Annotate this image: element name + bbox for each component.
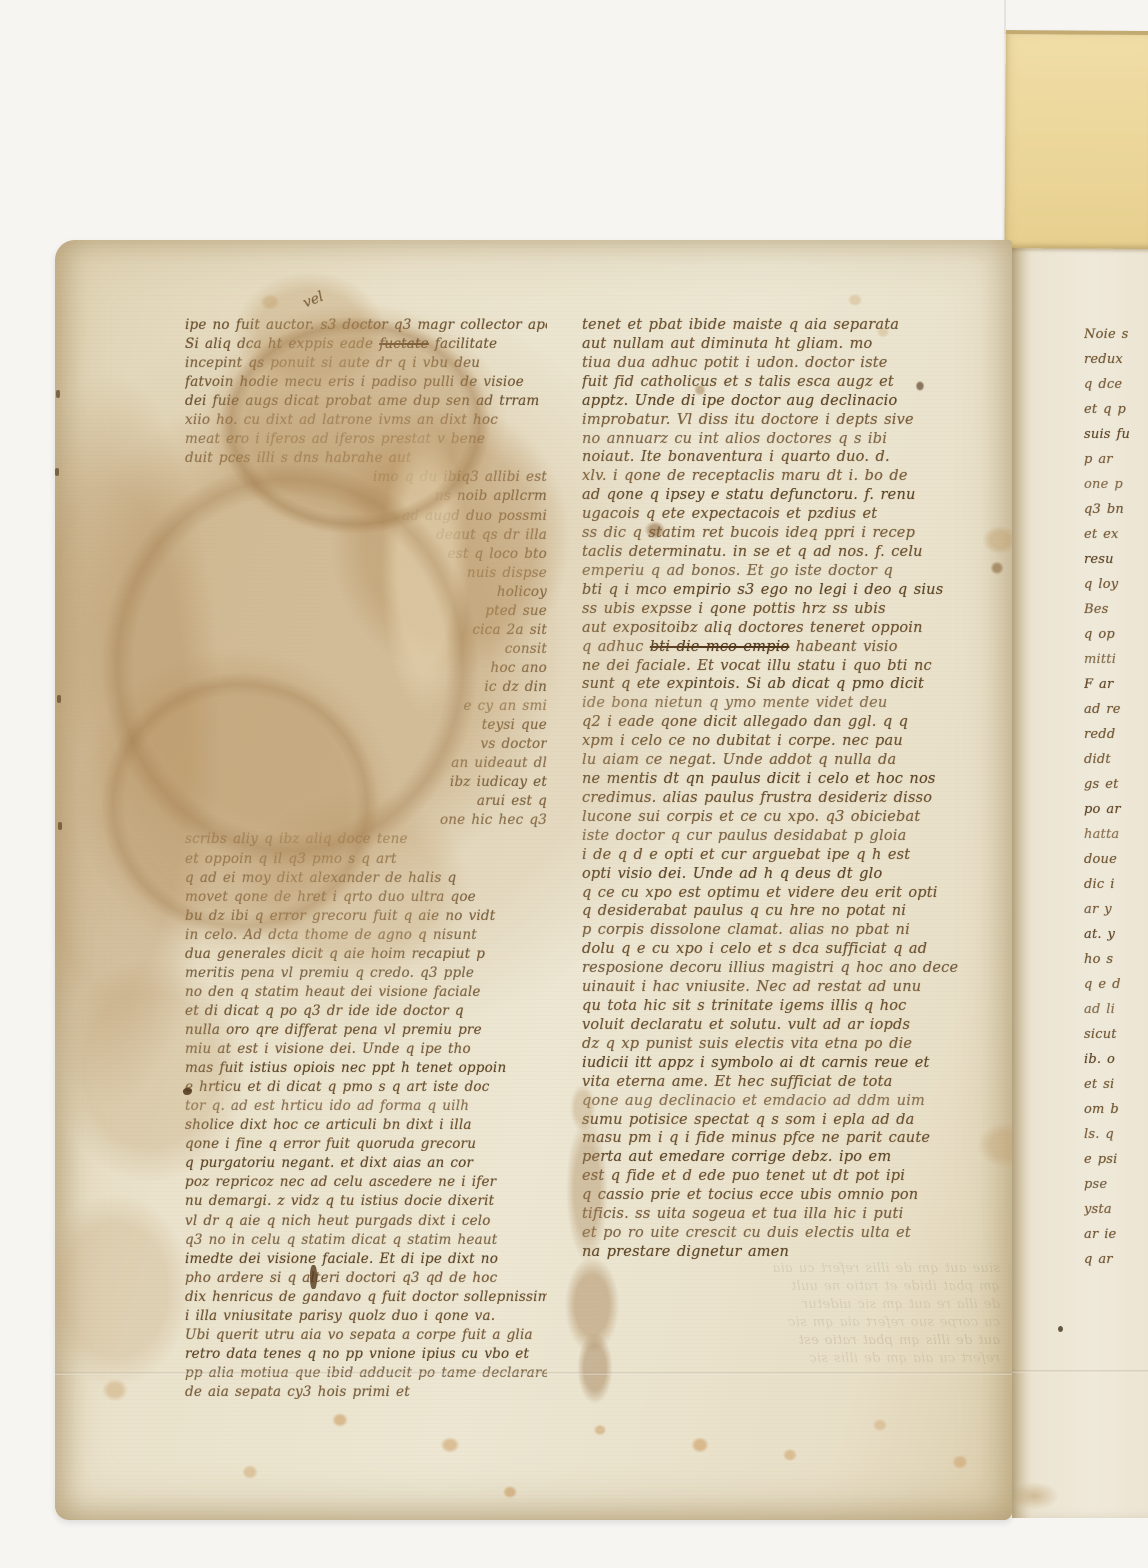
page-edge-speck xyxy=(58,822,62,830)
next-folio-edge: Noie sreduxq dceet q psuis fup arone pq3… xyxy=(1012,238,1148,1518)
manuscript-line: fatvoin hodie mecu eris i padiso pulli d… xyxy=(185,375,547,389)
manuscript-line: movet qone de hret i qrto duo ultra qoe xyxy=(185,890,547,904)
manuscript-line: scribs aliy q ibz aliq doce tene xyxy=(185,832,547,846)
next-folio-line-fragment: ho s xyxy=(1084,953,1148,967)
folio-seam-line xyxy=(1004,0,1006,34)
next-folio-line-fragment: didt xyxy=(1084,753,1148,767)
manuscript-line: bu dz ibi q error grecoru fuit q aie no … xyxy=(185,909,547,923)
next-folio-line-fragment: hatta xyxy=(1084,828,1148,842)
manuscript-line: q ad ei moy dixt alexander de halis q xyxy=(185,871,547,885)
manuscript-line: pted sue xyxy=(185,604,547,618)
manuscript-line: nuis dispse xyxy=(185,566,547,580)
next-folio-line-fragment: po ar xyxy=(1084,803,1148,817)
manuscript-line: ibz iudicay et xyxy=(185,775,547,789)
manuscript-line: dua generales dicit q aie hoim recapiut … xyxy=(185,947,547,961)
crease-line xyxy=(1012,1370,1148,1373)
manuscript-line: qone i fine q error fuit quoruda grecoru xyxy=(185,1137,547,1151)
manuscript-line: e cy an smi xyxy=(185,699,547,713)
manuscript-line: deaut qs dr illa xyxy=(185,528,547,542)
next-folio-line-fragment: suis fu xyxy=(1084,428,1148,442)
show-through-line: qm pbat ibide et ratio ne uult xyxy=(600,1280,1000,1294)
yellow-guard-sheet xyxy=(1004,30,1148,249)
next-folio-line-fragment: ysta xyxy=(1084,1203,1148,1217)
manuscript-line: meritis pena vl premiu q credo. q3 pple xyxy=(185,966,547,980)
manuscript-line: et oppoin q il q3 pmo s q art xyxy=(185,852,547,866)
manuscript-line: vs doctor xyxy=(185,737,547,751)
next-folio-line-fragment: gs et xyxy=(1084,778,1148,792)
manuscript-line: arui est q xyxy=(185,794,547,808)
manuscript-line: i illa vniusitate parisy quolz duo i qon… xyxy=(185,1309,547,1323)
manuscript-line: dix henricus de gandavo q fuit doctor so… xyxy=(185,1290,547,1304)
next-folio-line-fragment: Bes xyxy=(1084,603,1148,617)
manuscript-line: no den q statim heaut dei visione facial… xyxy=(185,985,547,999)
page-edge-speck xyxy=(55,468,59,476)
next-folio-line-fragment: ar y xyxy=(1084,903,1148,917)
manuscript-line: an uideaut dl xyxy=(185,756,547,770)
next-folio-line-fragment: q ar xyxy=(1084,1253,1148,1267)
next-folio-line-fragment: F ar xyxy=(1084,678,1148,692)
manuscript-line: dei fuie augs dicat probat ame dup sen a… xyxy=(185,394,547,408)
next-folio-line-fragment: q e d xyxy=(1084,978,1148,992)
manuscript-line: xiio ho. cu dixt ad latrone ivms an dixt… xyxy=(185,413,547,427)
show-through-line: refert cu aia qm de illis sic xyxy=(600,1352,1000,1366)
ink-blot xyxy=(310,1265,317,1289)
manuscript-leaf: vel ipe no fuit auctor. s3 doctor q3 mag… xyxy=(55,240,1012,1520)
manuscript-line: poz repricoz nec ad celu ascedere ne i i… xyxy=(185,1175,547,1189)
next-folio-line-fragment: mitti xyxy=(1084,653,1148,667)
next-folio-line-fragment: ib. o xyxy=(1084,1053,1148,1067)
manuscript-line: duit pces illi s dns habrahe aut xyxy=(185,451,547,465)
manuscript-line: imo q du ibiq3 allibi est xyxy=(185,470,547,484)
next-folio-line-fragment: e psi xyxy=(1084,1153,1148,1167)
next-folio-line-fragment: redd xyxy=(1084,728,1148,742)
next-folio-line-fragment: om b xyxy=(1084,1103,1148,1117)
next-folio-line-fragment: Noie s xyxy=(1084,328,1148,342)
manuscript-line: pho ardere si q alteri doctori q3 qd de … xyxy=(185,1271,547,1285)
manuscript-line: holicoy xyxy=(185,585,547,599)
page-edge-speck xyxy=(56,390,60,398)
show-through-line: cu corpe suo refert aia qm sic xyxy=(600,1316,1000,1330)
show-through-line: de illa re aut qm sic uidetur xyxy=(600,1298,1000,1312)
manuscript-line: mas fuit istius opiois nec ppt h tenet o… xyxy=(185,1061,547,1075)
manuscript-line: de aia sepata cy3 hois primi et xyxy=(185,1385,547,1399)
next-folio-line-fragment: ls. q xyxy=(1084,1128,1148,1142)
next-folio-line-fragment: et ex xyxy=(1084,528,1148,542)
show-through-text: siue aut qm de illis refert cu aiaqm pba… xyxy=(600,240,1000,1520)
next-folio-line-fragment: ad li xyxy=(1084,1003,1148,1017)
manuscript-line: one hic hec q3 xyxy=(185,813,547,827)
manuscript-line: nu demargi. z vidz q tu istius docie dix… xyxy=(185,1194,547,1208)
manuscript-line: incepint qs ponuit si aute dr q i vbu de… xyxy=(185,356,547,370)
show-through-line: aut de illis qm pbat ratio est xyxy=(600,1334,1000,1348)
next-folio-text-column: Noie sreduxq dceet q psuis fup arone pq3… xyxy=(1084,238,1148,1518)
manuscript-line: et di dicat q po q3 dr ide ide doctor q xyxy=(185,1004,547,1018)
manuscript-line: Ubi querit utru aia vo sepata a corpe fu… xyxy=(185,1328,547,1342)
manuscript-line: miu at est i visione dei. Unde q ipe tho xyxy=(185,1042,547,1056)
manuscript-line: hoc ano xyxy=(185,661,547,675)
manuscript-line: est q loco bto xyxy=(185,547,547,561)
next-folio-line-fragment: et si xyxy=(1084,1078,1148,1092)
manuscript-line: nulla oro qre differat pena vl premiu pr… xyxy=(185,1023,547,1037)
manuscript-line: meat ero i iferos ad iferos prestat v be… xyxy=(185,432,547,446)
next-folio-line-fragment: q3 bn xyxy=(1084,503,1148,517)
manuscript-line: tor q. ad est hrticu ido ad forma q uilh xyxy=(185,1099,547,1113)
manuscript-line: q3 no in celu q statim dicat q statim he… xyxy=(185,1233,547,1247)
crease-line xyxy=(55,1372,1012,1375)
next-folio-line-fragment: redux xyxy=(1084,353,1148,367)
struck-text: fuctate xyxy=(379,337,429,351)
next-folio-line-fragment: q op xyxy=(1084,628,1148,642)
next-folio-line-fragment: q loy xyxy=(1084,578,1148,592)
manuscript-line: q purgatoriu negant. et dixt aias an cor xyxy=(185,1156,547,1170)
manuscript-line: e hrticu et di dicat q pmo s q art iste … xyxy=(185,1080,547,1094)
next-folio-line-fragment: resu xyxy=(1084,553,1148,567)
manuscript-line: ic dz din xyxy=(185,680,547,694)
manuscript-line: vl dr q aie q nich heut purgads dixt i c… xyxy=(185,1214,547,1228)
next-folio-line-fragment: p ar xyxy=(1084,453,1148,467)
next-folio-line-fragment: dic i xyxy=(1084,878,1148,892)
next-folio-line-fragment: et q p xyxy=(1084,403,1148,417)
manuscript-line: Si aliq dca ht exppis eade fuctate facil… xyxy=(185,337,547,351)
next-folio-line-fragment: ar ie xyxy=(1084,1228,1148,1242)
page-edge-speck xyxy=(57,695,61,703)
show-through-line: siue aut qm de illis refert cu aia xyxy=(600,1262,1000,1276)
manuscript-line: ad augd duo possmi xyxy=(185,509,547,523)
next-folio-line-fragment: q dce xyxy=(1084,378,1148,392)
manuscript-line: ipe no fuit auctor. s3 doctor q3 magr co… xyxy=(185,318,547,332)
manuscript-line: retro data tenes q no pp vnione ipius cu… xyxy=(185,1347,547,1361)
manuscript-line: imedte dei visione faciale. Et di ipe di… xyxy=(185,1252,547,1266)
ink-speck xyxy=(1058,1326,1063,1332)
manuscript-line: sholice dixt hoc ce articuli bn dixt i i… xyxy=(185,1118,547,1132)
manuscript-line: consit xyxy=(185,642,547,656)
manuscript-line: in celo. Ad dcta thome de agno q nisunt xyxy=(185,928,547,942)
text-column-1: ipe no fuit auctor. s3 doctor q3 magr co… xyxy=(185,240,547,1520)
next-folio-line-fragment: one p xyxy=(1084,478,1148,492)
next-folio-line-fragment: sicut xyxy=(1084,1028,1148,1042)
manuscript-line: ns noib apllcrm xyxy=(185,489,547,503)
manuscript-line: teysi que xyxy=(185,718,547,732)
next-folio-line-fragment: at. y xyxy=(1084,928,1148,942)
next-folio-line-fragment: ad re xyxy=(1084,703,1148,717)
manuscript-line: cica 2a sit xyxy=(185,623,547,637)
next-folio-line-fragment: pse xyxy=(1084,1178,1148,1192)
next-folio-line-fragment: doue xyxy=(1084,853,1148,867)
photo-backdrop: Noie sreduxq dceet q psuis fup arone pq3… xyxy=(0,0,1148,1568)
